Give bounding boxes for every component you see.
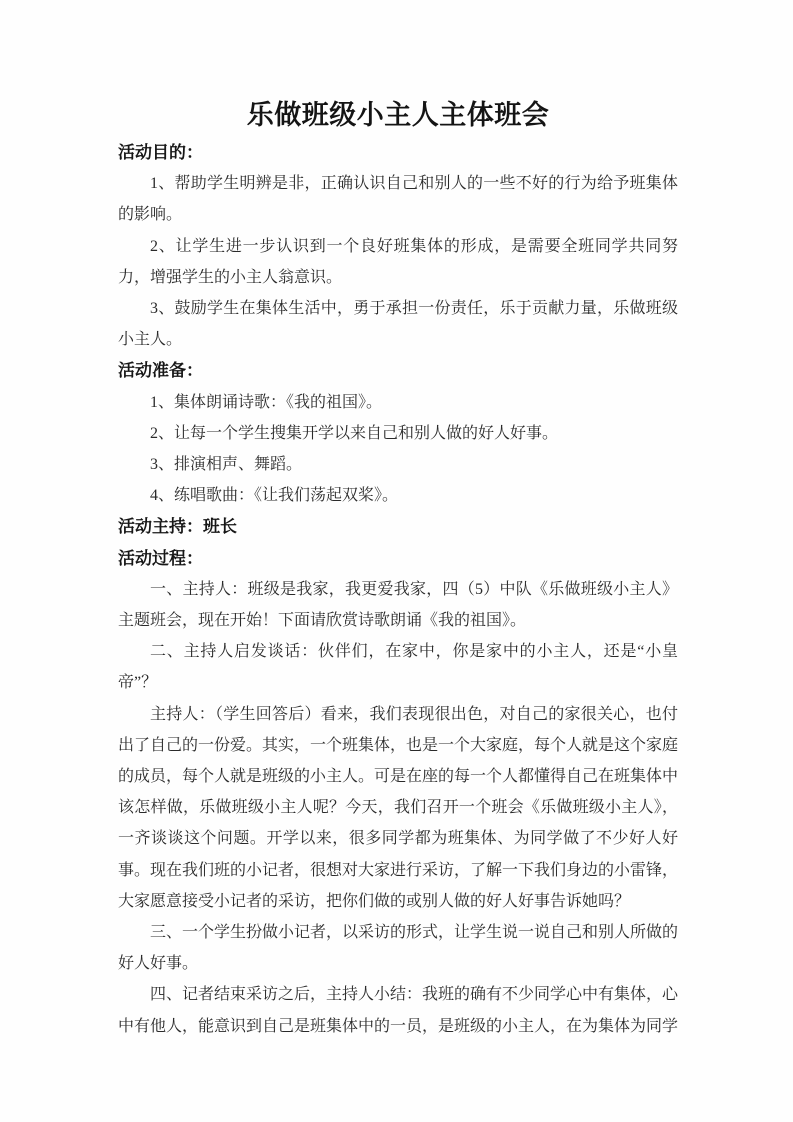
process-paragraph-3: 主持人：（学生回答后）看来，我们表现很出色，对自己的家很关心，也付出了自己的一份… (118, 699, 678, 917)
section-heading-activity-host: 活动主持：班长 (118, 511, 678, 542)
purpose-item-1: 1、帮助学生明辨是非，正确认识自己和别人的一些不好的行为给予班集体的影响。 (118, 168, 678, 230)
purpose-item-3: 3、鼓励学生在集体生活中，勇于承担一份责任，乐于贡献力量，乐做班级小主人。 (118, 293, 678, 355)
preparation-item-2: 2、让每一个学生搜集开学以来自己和别人做的好人好事。 (118, 418, 678, 449)
section-heading-activity-preparation: 活动准备： (118, 355, 678, 386)
document-page: 乐做班级小主人主体班会 活动目的： 1、帮助学生明辨是非，正确认识自己和别人的一… (0, 0, 793, 1122)
process-paragraph-1: 一、主持人：班级是我家，我更爱我家，四（5）中队《乐做班级小主人》主题班会，现在… (118, 574, 678, 636)
section-heading-activity-process: 活动过程： (118, 543, 678, 574)
document-title: 乐做班级小主人主体班会 (118, 93, 678, 137)
preparation-item-3: 3、排演相声、舞蹈。 (118, 449, 678, 480)
process-paragraph-4: 三、一个学生扮做小记者，以采访的形式，让学生说一说自己和别人所做的好人好事。 (118, 917, 678, 979)
process-paragraph-5: 四、记者结束采访之后，主持人小结：我班的确有不少同学心中有集体，心中有他人，能意… (118, 979, 678, 1041)
preparation-item-1: 1、集体朗诵诗歌：《我的祖国》。 (118, 387, 678, 418)
preparation-item-4: 4、练唱歌曲：《让我们荡起双桨》。 (118, 480, 678, 511)
section-heading-activity-purpose: 活动目的： (118, 137, 678, 168)
purpose-item-2: 2、让学生进一步认识到一个良好班集体的形成，是需要全班同学共同努力，增强学生的小… (118, 231, 678, 293)
process-paragraph-2: 二、主持人启发谈话：伙伴们，在家中，你是家中的小主人，还是“小皇帝”？ (118, 636, 678, 698)
